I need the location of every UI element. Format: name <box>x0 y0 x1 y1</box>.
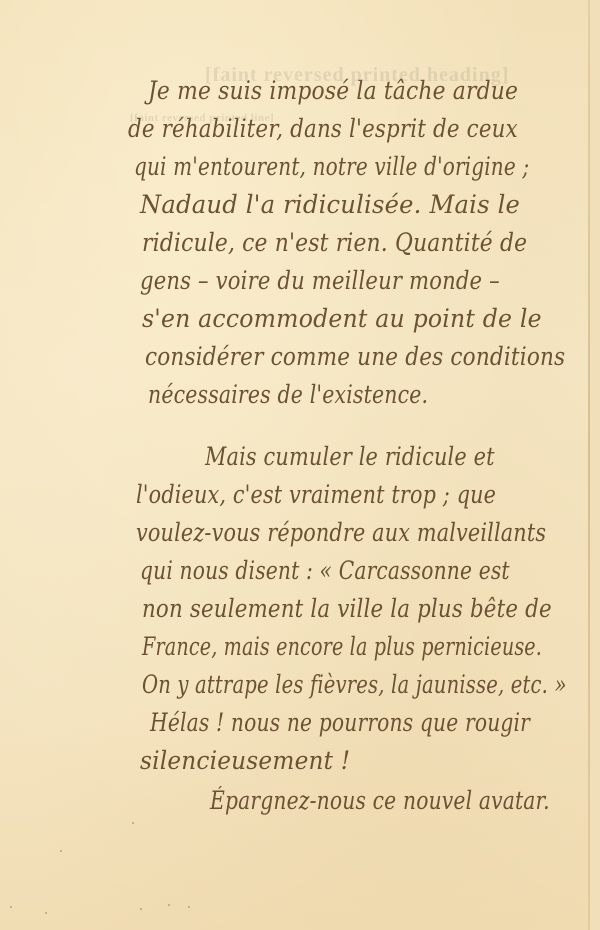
text-line-17: Hélas ! nous ne pourrons que rougir <box>150 708 530 737</box>
paper-speck <box>45 912 47 914</box>
text-line-10: Mais cumuler le ridicule et <box>205 442 495 471</box>
paper-speck <box>10 906 12 908</box>
text-line-19: Épargnez-nous ce nouvel avatar. <box>210 786 550 815</box>
text-line-13: qui nous disent : « Carcassonne est <box>140 556 510 585</box>
text-line-15: France, mais encore la plus pernicieuse. <box>142 632 542 661</box>
paper-speck <box>188 906 190 908</box>
manuscript-page: [faint reversed printed heading] [faint … <box>0 0 600 930</box>
text-line-11: l'odieux, c'est vraiment trop ; que <box>136 480 496 509</box>
text-line-6: gens – voire du meilleur monde – <box>140 266 500 295</box>
text-line-9: nécessaires de l'existence. <box>148 380 428 409</box>
paper-speck <box>132 822 134 824</box>
text-line-2: de réhabiliter, dans l'esprit de ceux <box>128 114 518 143</box>
text-line-18: silencieusement ! <box>140 746 350 775</box>
text-line-5: ridicule, ce n'est rien. Quantité de <box>142 228 527 257</box>
text-line-14: non seulement la ville la plus bête de <box>142 594 552 623</box>
paper-speck <box>140 908 142 910</box>
paper-speck <box>60 850 62 852</box>
text-line-8: considérer comme une des conditions <box>145 342 565 371</box>
text-line-1: Je me suis imposé la tâche ardue <box>148 76 518 105</box>
text-line-12: voulez-vous répondre aux malveillants <box>136 518 546 547</box>
page-edge-strip <box>590 0 600 930</box>
text-line-3: qui m'entourent, notre ville d'origine ; <box>134 152 529 181</box>
text-line-7: s'en accommodent au point de le <box>142 304 542 333</box>
paper-speck <box>168 904 170 906</box>
text-line-16: On y attrape les fièvres, la jaunisse, e… <box>142 670 567 699</box>
text-line-4: Nadaud l'a ridiculisée. Mais le <box>140 190 520 219</box>
